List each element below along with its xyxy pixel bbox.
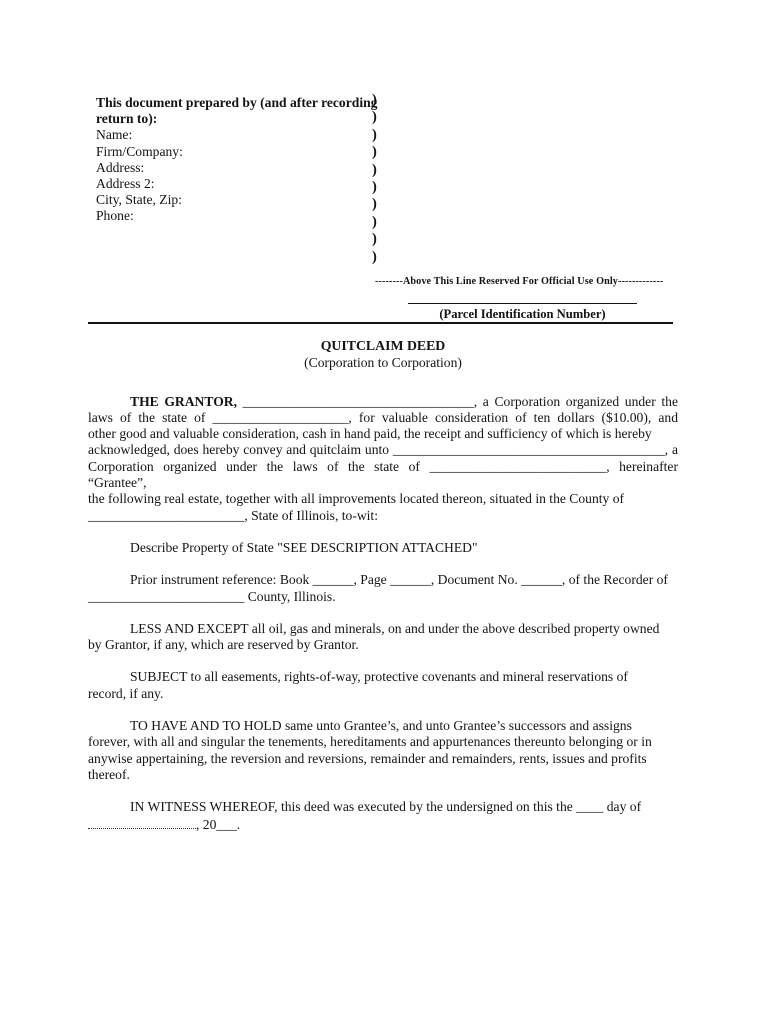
subject-line: record, if any. [88,686,678,702]
grantor-paragraph: THE GRANTOR, ___________________________… [88,394,678,524]
grantor-line: other good and valuable consideration, c… [88,426,678,442]
habendum-line: forever, with all and singular the tenem… [88,734,678,750]
prepared-by-block: This document prepared by (and after rec… [96,95,377,225]
paren-mark: ) [372,127,377,144]
subject-paragraph: SUBJECT to all easements, rights-of-way,… [88,669,678,702]
paren-mark: ) [372,196,377,213]
grantor-line: laws of the state of ___________________… [88,410,678,426]
recording-stamp-paren-column: ) ) ) ) ) ) ) ) ) ) [372,92,377,266]
prior-instrument-line: Prior instrument reference: Book ______,… [88,572,678,588]
paren-mark: ) [372,214,377,231]
document-page: This document prepared by (and after rec… [0,0,770,1024]
describe-property-line: Describe Property of State "SEE DESCRIPT… [88,540,678,556]
habendum-paragraph: TO HAVE AND TO HOLD same unto Grantee’s,… [88,718,678,783]
above-this-line-caption: --------Above This Line Reserved For Off… [375,276,663,287]
subject-line: SUBJECT to all easements, rights-of-way,… [88,669,678,685]
prepared-by-heading-line1: This document prepared by (and after rec… [96,95,377,111]
prior-instrument-line: _______________________ County, Illinois… [88,589,678,605]
header-divider-rule [88,322,673,324]
witness-line-text: , 20___. [196,817,240,832]
paren-mark: ) [372,231,377,248]
paren-mark: ) [372,249,377,266]
less-and-except-line: by Grantor, if any, which are reserved b… [88,637,678,653]
witness-paragraph: IN WITNESS WHEREOF, this deed was execut… [88,799,678,833]
paren-mark: ) [372,144,377,161]
grantor-line: _______________________, State of Illino… [88,508,678,524]
document-subtitle: (Corporation to Corporation) [88,355,678,371]
field-label-city-state-zip: City, State, Zip: [96,192,377,208]
paren-mark: ) [372,179,377,196]
habendum-line: anywise appertaining, the reversion and … [88,751,678,767]
less-and-except-line: LESS AND EXCEPT all oil, gas and mineral… [88,621,678,637]
field-label-phone: Phone: [96,208,377,224]
habendum-line: thereof. [88,767,678,783]
field-label-firm-company: Firm/Company: [96,144,377,160]
witness-line: IN WITNESS WHEREOF, this deed was execut… [88,799,678,815]
less-and-except-paragraph: LESS AND EXCEPT all oil, gas and mineral… [88,621,678,654]
parcel-id-blank-line [408,303,637,304]
parcel-id-label: (Parcel Identification Number) [396,307,649,322]
field-label-address2: Address 2: [96,176,377,192]
grantor-line: Corporation organized under the laws of … [88,459,678,492]
grantor-line: acknowledged, does hereby convey and qui… [88,442,678,458]
month-blank-field [88,816,196,829]
prepared-by-heading-line2: return to): [96,111,377,127]
grantor-line: the following real estate, together with… [88,491,678,507]
document-title: QUITCLAIM DEED [88,338,678,354]
grantor-line: THE GRANTOR, ___________________________… [88,394,678,410]
document-body: QUITCLAIM DEED (Corporation to Corporati… [88,330,678,833]
prior-instrument-paragraph: Prior instrument reference: Book ______,… [88,572,678,605]
grantor-line-text: __________________________________, a Co… [237,394,678,409]
witness-line: , 20___. [88,816,678,833]
paren-mark: ) [372,162,377,179]
grantor-lead-in: THE GRANTOR, [130,394,237,409]
habendum-line: TO HAVE AND TO HOLD same unto Grantee’s,… [88,718,678,734]
paren-mark: ) [372,92,377,109]
paren-mark: ) [372,109,377,126]
field-label-name: Name: [96,127,377,143]
describe-property-paragraph: Describe Property of State "SEE DESCRIPT… [88,540,678,556]
field-label-address: Address: [96,160,377,176]
